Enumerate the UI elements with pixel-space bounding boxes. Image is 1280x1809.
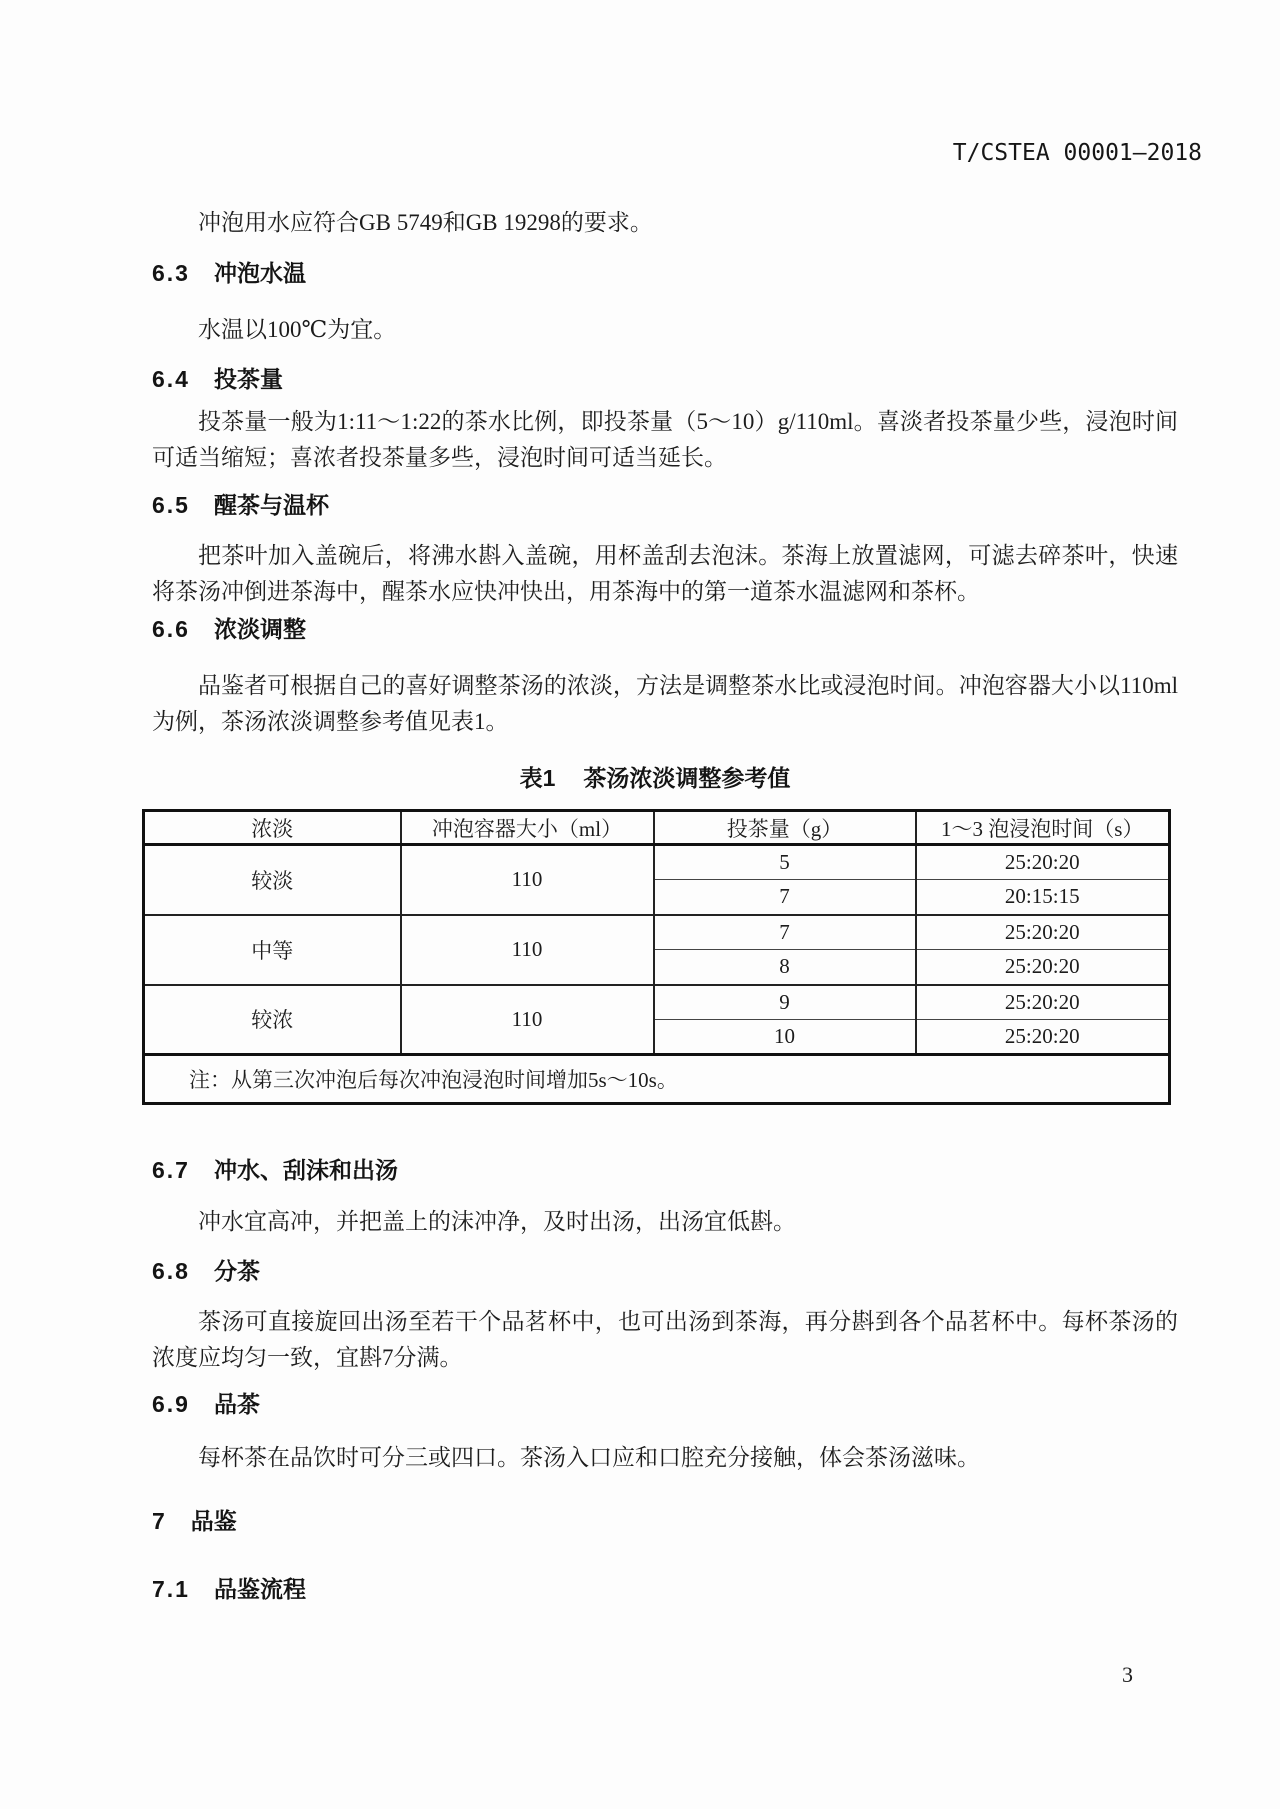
table-cell-time: 25:20:20 — [916, 950, 1170, 985]
doc-code: T/CSTEA 00001—2018 — [953, 140, 1202, 166]
heading-title: 品鉴 — [191, 1508, 237, 1534]
heading-number: 6.8 — [152, 1258, 190, 1284]
heading-number: 6.5 — [152, 492, 190, 518]
table-cell-amount: 7 — [654, 880, 916, 915]
paragraph-6-3: 水温以100℃为宜。 — [152, 312, 1178, 348]
section-heading-6-3: 6.3冲泡水温 — [152, 258, 1178, 288]
table-cell-time: 20:15:15 — [916, 880, 1170, 915]
paragraph-6-7: 冲水宜高冲，并把盖上的沫冲净，及时出汤，出汤宜低斟。 — [152, 1204, 1178, 1240]
table-header-cell: 1～3 泡浸泡时间（s） — [916, 811, 1170, 845]
table-header-cell: 浓淡 — [144, 811, 401, 845]
document-page: T/CSTEA 00001—2018 冲泡用水应符合GB 5749和GB 192… — [0, 0, 1280, 1809]
table-row: 较浓 110 9 25:20:20 — [144, 985, 1170, 1020]
table-cell-volume: 110 — [401, 845, 654, 915]
intro-paragraph: 冲泡用水应符合GB 5749和GB 19298的要求。 — [152, 205, 1178, 241]
table-cell-level: 较浓 — [144, 985, 401, 1055]
table-note-row: 注：从第三次冲泡后每次冲泡浸泡时间增加5s～10s。 — [144, 1055, 1170, 1104]
table-note: 注：从第三次冲泡后每次冲泡浸泡时间增加5s～10s。 — [144, 1055, 1170, 1104]
table-cell-time: 25:20:20 — [916, 915, 1170, 950]
section-heading-7-1: 7.1品鉴流程 — [152, 1574, 1178, 1604]
heading-title: 分茶 — [214, 1258, 260, 1284]
table-header-cell: 冲泡容器大小（ml） — [401, 811, 654, 845]
heading-number: 7 — [152, 1508, 167, 1534]
section-heading-6-6: 6.6浓淡调整 — [152, 614, 1178, 644]
table-row: 较淡 110 5 25:20:20 — [144, 845, 1170, 880]
table-caption-title: 茶汤浓淡调整参考值 — [583, 765, 790, 791]
table-cell-amount: 10 — [654, 1020, 916, 1055]
table-cell-level: 较淡 — [144, 845, 401, 915]
heading-number: 6.3 — [152, 260, 190, 286]
heading-number: 6.4 — [152, 366, 190, 392]
heading-title: 醒茶与温杯 — [214, 492, 329, 518]
paragraph-6-6: 品鉴者可根据自己的喜好调整茶汤的浓淡，方法是调整茶水比或浸泡时间。冲泡容器大小以… — [152, 668, 1178, 740]
reference-table: 浓淡 冲泡容器大小（ml） 投茶量（g） 1～3 泡浸泡时间（s） 较淡 110… — [142, 809, 1171, 1105]
table-header-cell: 投茶量（g） — [654, 811, 916, 845]
table-header-row: 浓淡 冲泡容器大小（ml） 投茶量（g） 1～3 泡浸泡时间（s） — [144, 811, 1170, 845]
heading-title: 冲泡水温 — [214, 260, 306, 286]
paragraph-6-8: 茶汤可直接旋回出汤至若干个品茗杯中，也可出汤到茶海，再分斟到各个品茗杯中。每杯茶… — [152, 1304, 1178, 1376]
paragraph-6-5: 把茶叶加入盖碗后，将沸水斟入盖碗，用杯盖刮去泡沫。茶海上放置滤网，可滤去碎茶叶，… — [152, 538, 1178, 610]
page-number: 3 — [1122, 1662, 1133, 1688]
heading-title: 冲水、刮沫和出汤 — [214, 1157, 398, 1183]
table-caption: 表1茶汤浓淡调整参考值 — [142, 760, 1168, 793]
heading-number: 7.1 — [152, 1576, 190, 1602]
table-cell-amount: 8 — [654, 950, 916, 985]
paragraph-6-9: 每杯茶在品饮时可分三或四口。茶汤入口应和口腔充分接触，体会茶汤滋味。 — [152, 1440, 1178, 1476]
heading-number: 6.9 — [152, 1391, 190, 1417]
table-cell-time: 25:20:20 — [916, 845, 1170, 880]
table-cell-amount: 5 — [654, 845, 916, 880]
section-heading-6-7: 6.7冲水、刮沫和出汤 — [152, 1155, 1178, 1185]
table-cell-time: 25:20:20 — [916, 1020, 1170, 1055]
section-heading-6-8: 6.8分茶 — [152, 1256, 1178, 1286]
section-heading-7: 7品鉴 — [152, 1506, 1178, 1536]
heading-title: 品鉴流程 — [214, 1576, 306, 1602]
heading-title: 投茶量 — [214, 366, 283, 392]
paragraph-6-4: 投茶量一般为1:11～1:22的茶水比例，即投茶量（5～10）g/110ml。喜… — [152, 404, 1178, 476]
heading-number: 6.7 — [152, 1157, 190, 1183]
section-heading-6-9: 6.9品茶 — [152, 1389, 1178, 1419]
heading-title: 品茶 — [214, 1391, 260, 1417]
table-row: 中等 110 7 25:20:20 — [144, 915, 1170, 950]
section-heading-6-4: 6.4投茶量 — [152, 364, 1178, 394]
table-cell-amount: 9 — [654, 985, 916, 1020]
table-cell-volume: 110 — [401, 915, 654, 985]
table-cell-volume: 110 — [401, 985, 654, 1055]
heading-title: 浓淡调整 — [214, 616, 306, 642]
table-caption-label: 表1 — [520, 765, 556, 791]
table-cell-amount: 7 — [654, 915, 916, 950]
heading-number: 6.6 — [152, 616, 190, 642]
section-heading-6-5: 6.5醒茶与温杯 — [152, 490, 1178, 520]
table-cell-time: 25:20:20 — [916, 985, 1170, 1020]
table-cell-level: 中等 — [144, 915, 401, 985]
